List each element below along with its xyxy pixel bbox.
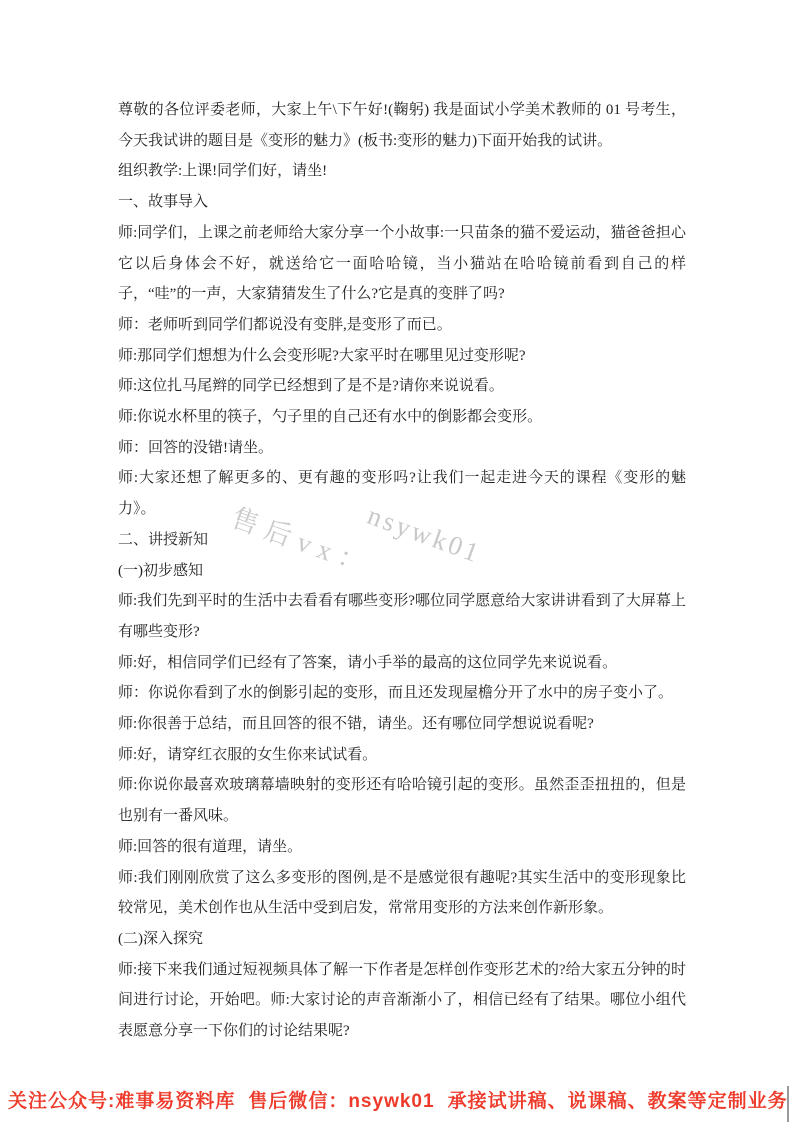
paragraph: 师:这位扎马尾辫的同学已经想到了是不是?请你来说说看。 [118,371,686,402]
paragraph: (一)初步感知 [118,556,686,587]
paragraph: 组织教学:上课!同学们好，请坐! [118,156,686,187]
paragraph: 师:好，相信同学们已经有了答案，请小手举的最高的这位同学先来说说看。 [118,648,686,679]
paragraph: 师:你说水杯里的筷子，勺子里的自己还有水中的倒影都会变形。 [118,402,686,433]
paragraph: 师：你说你看到了水的倒影引起的变形，而且还发现屋檐分开了水中的房子变小了。 [118,678,686,709]
promo-footer-bar: 关注公众号:难事易资料库 售后微信：nsywk01 承接试讲稿、说课稿、教案等定… [8,1086,787,1113]
paragraph: 尊敬的各位评委老师，大家上午\下午好!(鞠躬) 我是面试小学美术教师的 01 号… [118,95,686,156]
paragraph: 师：老师听到同学们都说没有变胖,是变形了而已。 [118,310,686,341]
paragraph: 师:大家还想了解更多的、更有趣的变形吗?让我们一起走进今天的课程《变形的魅力》。 [118,463,686,524]
paragraph: 师:我们刚刚欣赏了这么多变形的图例,是不是感觉很有趣呢?其实生活中的变形现象比较… [118,863,686,924]
page-edge-mark [787,1086,789,1122]
footer-services: 承接试讲稿、说课稿、教案等定制业务 [448,1086,788,1113]
paragraph: 师：回答的没错!请坐。 [118,433,686,464]
paragraph: 师:我们先到平时的生活中去看看有哪些变形?哪位同学愿意给大家讲讲看到了大屏幕上有… [118,586,686,647]
paragraph: 一、故事导入 [118,187,686,218]
document-body: 尊敬的各位评委老师，大家上午\下午好!(鞠躬) 我是面试小学美术教师的 01 号… [118,95,686,1047]
document-page: 售后vx： nsywk01 尊敬的各位评委老师，大家上午\下午好!(鞠躬) 我是… [0,0,793,1122]
footer-official-account: 关注公众号:难事易资料库 [8,1086,235,1113]
paragraph: 师:回答的很有道理，请坐。 [118,832,686,863]
paragraph: 师:你说你最喜欢玻璃幕墙映射的变形还有哈哈镜引起的变形。虽然歪歪扭扭的，但是也别… [118,770,686,831]
paragraph: 二、讲授新知 [118,525,686,556]
paragraph: (二)深入探究 [118,924,686,955]
paragraph: 师:接下来我们通过短视频具体了解一下作者是怎样创作变形艺术的?给大家五分钟的时间… [118,955,686,1047]
footer-wechat-contact: 售后微信：nsywk01 [248,1086,434,1113]
paragraph: 师:你很善于总结，而且回答的很不错，请坐。还有哪位同学想说说看呢? [118,709,686,740]
paragraph: 师:那同学们想想为什么会变形呢?大家平时在哪里见过变形呢? [118,341,686,372]
paragraph: 师:同学们，上课之前老师给大家分享一个小故事:一只苗条的猫不爱运动，猫爸爸担心它… [118,218,686,310]
paragraph: 师:好，请穿红衣服的女生你来试试看。 [118,740,686,771]
